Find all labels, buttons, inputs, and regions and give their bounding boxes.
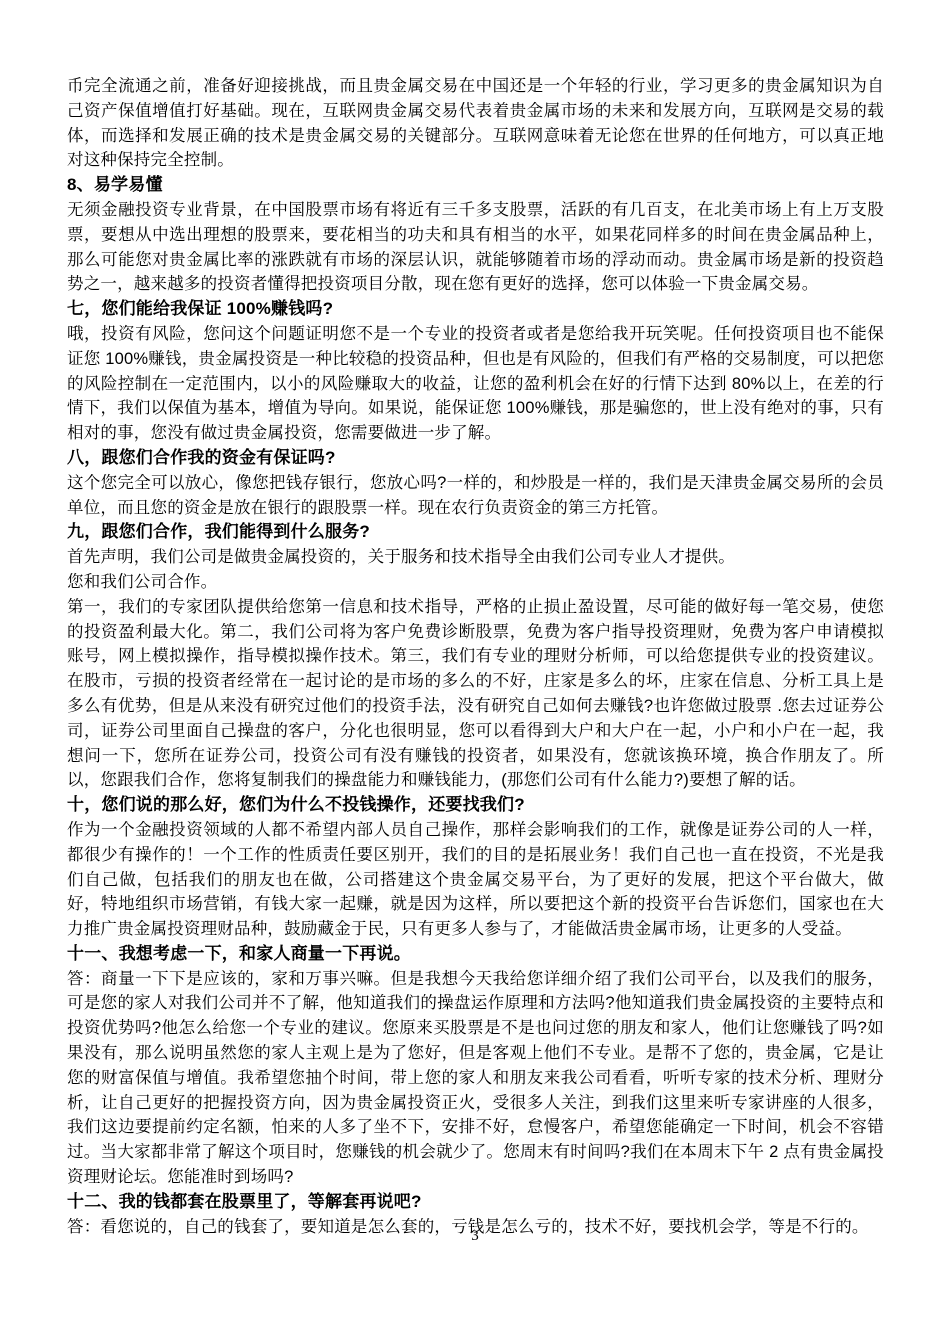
- paragraph: 无须金融投资专业背景，在中国股票市场有将近有三千多支股票，活跃的有几百支，在北美…: [67, 198, 884, 297]
- paragraph: 哦，投资有风险，您问这个问题证明您不是一个专业的投资者或者是您给我开玩笑呢。任何…: [67, 322, 884, 446]
- section-heading-10: 十，您们说的那么好，您们为什么不投钱操作，还要找我们?: [67, 793, 884, 818]
- paragraph: 第一，我们的专家团队提供给您第一信息和技术指导，严格的止损止盈设置，尽可能的做好…: [67, 595, 884, 793]
- section-heading-11: 十一、我想考虑一下，和家人商量一下再说。: [67, 942, 884, 967]
- paragraph-continuation: 币完全流通之前，准备好迎接挑战，而且贵金属交易在中国还是一个年轻的行业，学习更多…: [67, 74, 884, 173]
- document-body: 币完全流通之前，准备好迎接挑战，而且贵金属交易在中国还是一个年轻的行业，学习更多…: [67, 74, 884, 1239]
- page-number: 3: [0, 1228, 950, 1245]
- section-heading-9: 九，跟您们合作，我们能得到什么服务?: [67, 520, 884, 545]
- paragraph: 首先声明，我们公司是做贵金属投资的，关于服务和技术指导全由我们公司专业人才提供。: [67, 545, 884, 570]
- paragraph: 您和我们公司合作。: [67, 570, 884, 595]
- paragraph: 这个您完全可以放心，像您把钱存银行，您放心吗?一样的，和炒股是一样的，我们是天津…: [67, 471, 884, 521]
- section-heading-8: 8、易学易懂: [67, 173, 884, 198]
- section-heading-7: 七，您们能给我保证 100%赚钱吗?: [67, 297, 884, 322]
- section-heading-12: 十二、我的钱都套在股票里了，等解套再说吧?: [67, 1190, 884, 1215]
- document-page: 币完全流通之前，准备好迎接挑战，而且贵金属交易在中国还是一个年轻的行业，学习更多…: [0, 0, 950, 1344]
- section-heading-8q: 八，跟您们合作我的资金有保证吗?: [67, 446, 884, 471]
- paragraph: 作为一个金融投资领域的人都不希望内部人员自己操作，那样会影响我们的工作，就像是证…: [67, 818, 884, 942]
- paragraph: 答：商量一下下是应该的，家和万事兴嘛。但是我想今天我给您详细介绍了我们公司平台，…: [67, 967, 884, 1190]
